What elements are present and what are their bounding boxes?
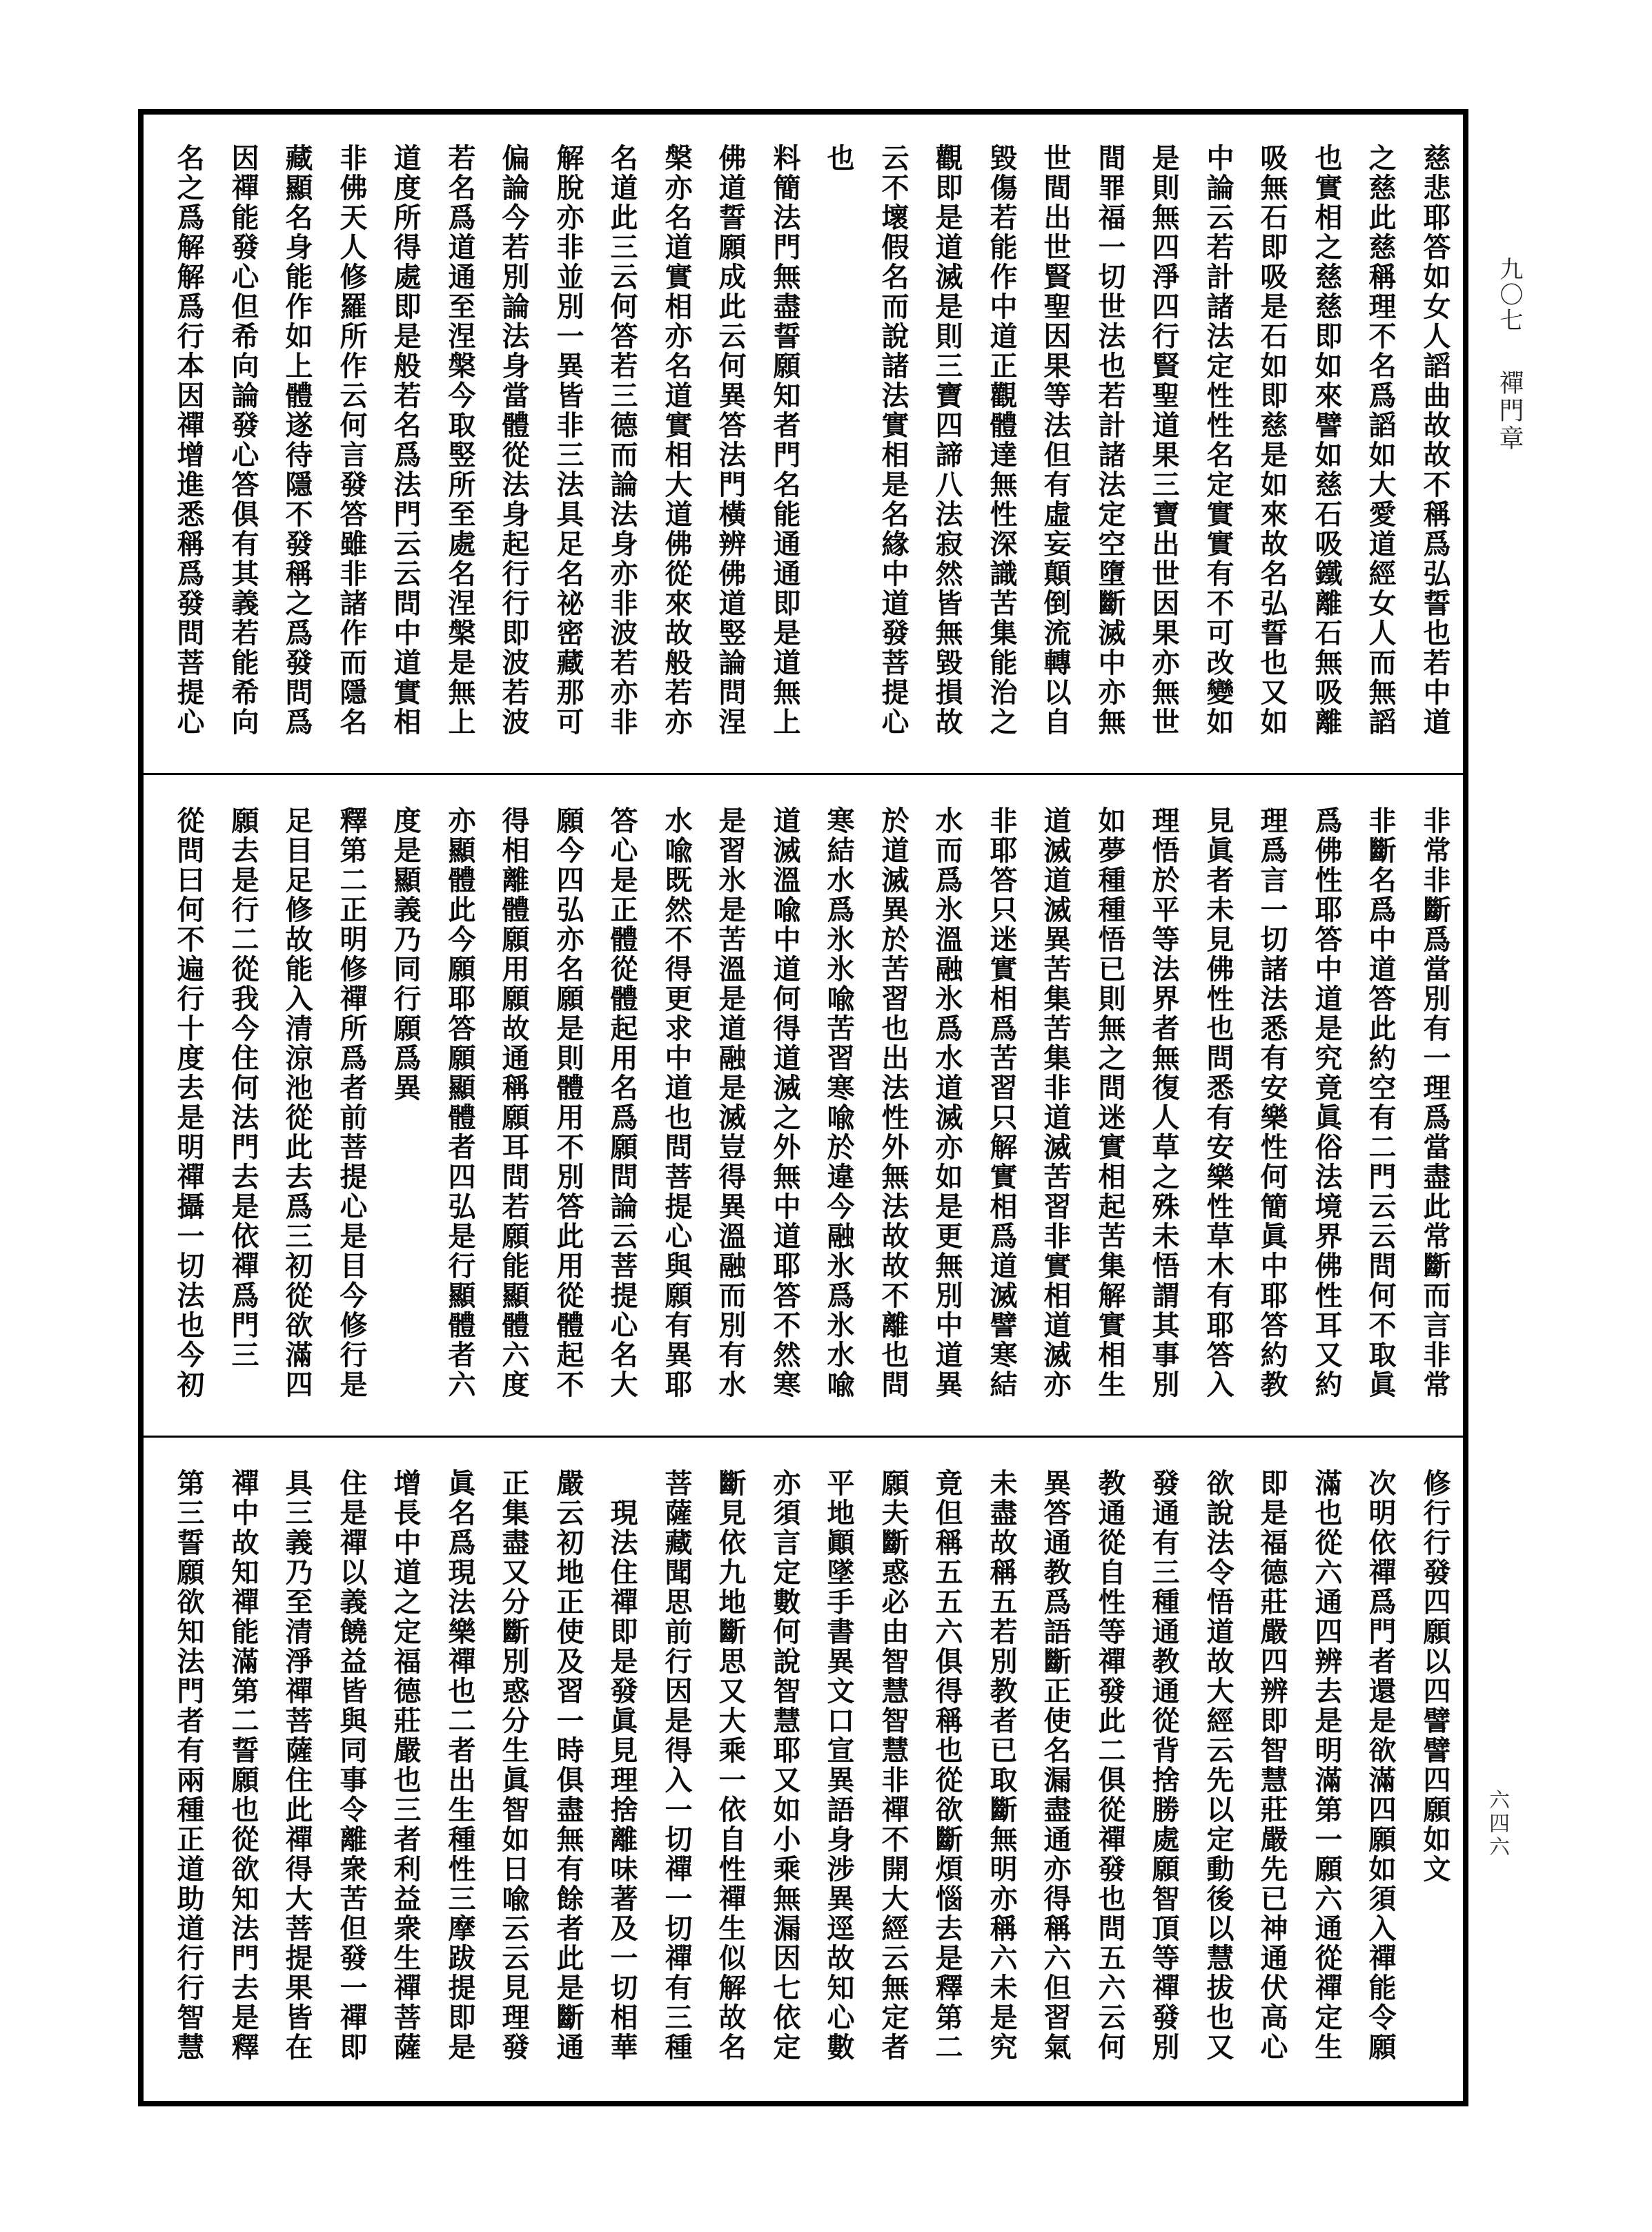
text-column: 道滅道滅異苦集苦集非道滅苦習非實相道滅亦: [1040, 806, 1070, 1400]
text-column: 理悟於平等法界者無復人草之殊未悟謂其事別: [1148, 806, 1179, 1400]
text-column: 竟但稱五五六俱得稱也從欲斷煩惱去是釋第二: [932, 1469, 962, 2062]
text-column: 次明依禪爲門者還是欲滿四願如須入禪能令願: [1365, 1469, 1395, 2062]
text-column: 觀即是道滅是則三寶四諦八法寂然皆無毀損故: [932, 144, 962, 737]
text-column: 非常非斷爲當別有一理爲當盡此常斷而言非常: [1419, 806, 1450, 1400]
text-column: 理爲言一切諸法悉有安樂性何簡眞中耶答約教: [1257, 806, 1287, 1400]
text-column: 斷見依九地斷思又大乘一依自性禪生似解故名: [715, 1469, 745, 2062]
text-column: 嚴云初地正使及習一時俱盡無有餘者此是斷通: [553, 1469, 583, 2062]
text-column: 禪中故知禪能滿第二誓願也從欲知法門去是釋: [228, 1469, 258, 2062]
text-column: 住是禪以義饒益皆與同事令離衆苦但發一禪即: [336, 1469, 366, 2062]
text-column: 正集盡又分斷別惑分生眞智如日喩云云見理發: [498, 1469, 529, 2062]
text-column: 爲佛性耶答中道是究竟眞俗法境界佛性耳又約: [1311, 806, 1341, 1400]
text-column: 即是福德莊嚴四辨即智慧莊嚴先已神通伏高心: [1257, 1469, 1287, 2062]
text-column: 是習氷是苦溫是道融是滅豈得異溫融而別有水: [715, 806, 745, 1400]
text-column: 偏論今若別論法身當體從法身起行行即波若波: [498, 144, 529, 737]
text-column: 若名爲道通至涅槃今取竪所至處名涅槃是無上: [444, 144, 475, 737]
register-divider-lower: [138, 1436, 1468, 1438]
text-column: 非佛天人修羅所作云何言發答雖非諸作而隱名: [336, 144, 366, 737]
text-column: 現法住禪即是發眞見理捨離味著及一切相華: [607, 1469, 637, 2062]
text-column: 槃亦名道實相亦名道實相大道佛從來故般若亦: [661, 144, 691, 737]
text-column: 因禪能發心但希向論發心答俱有其義若能希向: [228, 144, 258, 737]
text-column: 從問曰何不遍行十度去是明禪攝一切法也今初: [173, 806, 204, 1400]
text-column: 名道此三云何答若三德而論法身亦非波若亦非: [607, 144, 637, 737]
text-column: 釋第二正明修禪所爲者前菩提心是目今修行是: [336, 806, 366, 1400]
text-column: 云不壞假名而說諸法實相是名緣中道發菩提心: [878, 144, 908, 737]
text-column: 也: [823, 144, 854, 173]
text-column: 發通有三種通教通從背捨勝處願智頂等禪發別: [1148, 1469, 1179, 2062]
text-column: 願夫斷惑必由智慧智慧非禪不開大經云無定者: [878, 1469, 908, 2062]
text-column: 慈悲耶答如女人謟曲故故不稱爲弘誓也若中道: [1419, 144, 1450, 737]
running-title: 禪門章: [1496, 370, 1522, 453]
text-column: 水而爲氷溫融氷爲水道滅亦如是更無別中道異: [932, 806, 962, 1400]
text-column: 也實相之慈慈即如來譬如慈石吸鐵離石無吸離: [1311, 144, 1341, 737]
text-column: 欲說法令悟道故大經云先以定動後以慧拔也又: [1203, 1469, 1233, 2062]
text-column: 眞名爲現法樂禪也二者出生種性三摩跋提即是: [444, 1469, 475, 2062]
page-number: 六四六: [1485, 1789, 1508, 1859]
text-column: 吸無石即吸是石如即慈是如來故名弘誓也又如: [1257, 144, 1287, 737]
text-column: 是則無四淨四行賢聖道果三寶出世因果亦無世: [1148, 144, 1179, 737]
text-column: 藏顯名身能作如上體遂待隱不發稱之爲發問爲: [282, 144, 312, 737]
text-column: 非斷名爲中道答此約空有二門云云問何不取眞: [1365, 806, 1395, 1400]
text-column: 毀傷若能作中道正觀體達無性深識苦集能治之: [986, 144, 1016, 737]
text-column: 之慈此慈稱理不名爲謟如大愛道經女人而無謟: [1365, 144, 1395, 737]
text-column: 滿也從六通四辨去是明滿第一願六通從禪定生: [1311, 1469, 1341, 2062]
text-column: 願今四弘亦名願是則體用不別答此用從體起不: [553, 806, 583, 1400]
text-column: 具三義乃至清淨禪菩薩住此禪得大菩提果皆在: [282, 1469, 312, 2062]
text-column: 水喩既然不得更求中道也問菩提心與願有異耶: [661, 806, 691, 1400]
text-column: 未盡故稱五若別教者已取斷無明亦稱六未是究: [986, 1469, 1016, 2062]
register-divider-upper: [138, 773, 1468, 775]
volume-page-number: 九〇七: [1496, 257, 1522, 333]
text-column: 中論云若計諸法定性性名定實實有不可改變如: [1203, 144, 1233, 737]
text-column: 於道滅異於苦習也出法性外無法故故不離也問: [878, 806, 908, 1400]
text-column: 見眞者未見佛性也問悉有安樂性草木有耶答入: [1203, 806, 1233, 1400]
text-column: 修行行發四願以四譬譬四願如文: [1419, 1469, 1450, 1884]
text-column: 增長中道之定福德莊嚴也三者利益衆生禪菩薩: [390, 1469, 420, 2062]
text-column: 間罪福一切世法也若計諸法定空墮斷滅中亦無: [1094, 144, 1125, 737]
text-column: 料簡法門無盡誓願知者門名能通通即是道無上: [769, 144, 800, 737]
text-column: 如夢種種悟已則無之問迷實相起苦集解實相生: [1094, 806, 1125, 1400]
text-column: 得相離體願用願故通稱願耳問若願能顯體六度: [498, 806, 529, 1400]
text-column: 第三誓願欲知法門者有兩種正道助道行行智慧: [173, 1469, 204, 2062]
text-column: 解脫亦非並別一異皆非三法具足名祕密藏那可: [553, 144, 583, 737]
text-column: 亦顯體此今願耶答願顯體者四弘是行顯體者六: [444, 806, 475, 1400]
text-column: 異答通教爲語斷正使名漏盡通亦得稱六但習氣: [1040, 1469, 1070, 2062]
text-column: 度是顯義乃同行願爲異: [390, 806, 420, 1103]
text-column: 足目足修故能入清涼池從此去爲三初從欲滿四: [282, 806, 312, 1400]
text-column: 道滅溫喩中道何得道滅之外無中道耶答不然寒: [769, 806, 800, 1400]
text-column: 名之爲解解爲行本因禪增進悉稱爲發問菩提心: [173, 144, 204, 737]
text-column: 非耶答只迷實相爲苦習只解實相爲道滅譬寒結: [986, 806, 1016, 1400]
text-column: 答心是正體從體起用名爲願問論云菩提心名大: [607, 806, 637, 1400]
text-column: 佛道誓願成此云何異答法門橫辨佛道竪論問涅: [715, 144, 745, 737]
text-column: 菩薩藏聞思前行因是得入一切禪一切禪有三種: [661, 1469, 691, 2062]
text-column: 寒結水爲氷氷喩苦習寒喩於違今融氷爲氷水喩: [823, 806, 854, 1400]
text-column: 道度所得處即是般若名爲法門云云問中道實相: [390, 144, 420, 737]
text-column: 平地顚墜手書異文口宣異語身涉異逕故知心數: [823, 1469, 854, 2062]
text-column: 願去是行二從我今住何法門去是依禪爲門三: [228, 806, 258, 1370]
text-column: 教通從自性等禪發此二俱從禪發也問五六云何: [1094, 1469, 1125, 2062]
text-column: 世間出世賢聖因果等法但有虛妄顛倒流轉以自: [1040, 144, 1070, 737]
text-column: 亦須言定數何說智慧耶又如小乘無漏因七依定: [769, 1469, 800, 2062]
